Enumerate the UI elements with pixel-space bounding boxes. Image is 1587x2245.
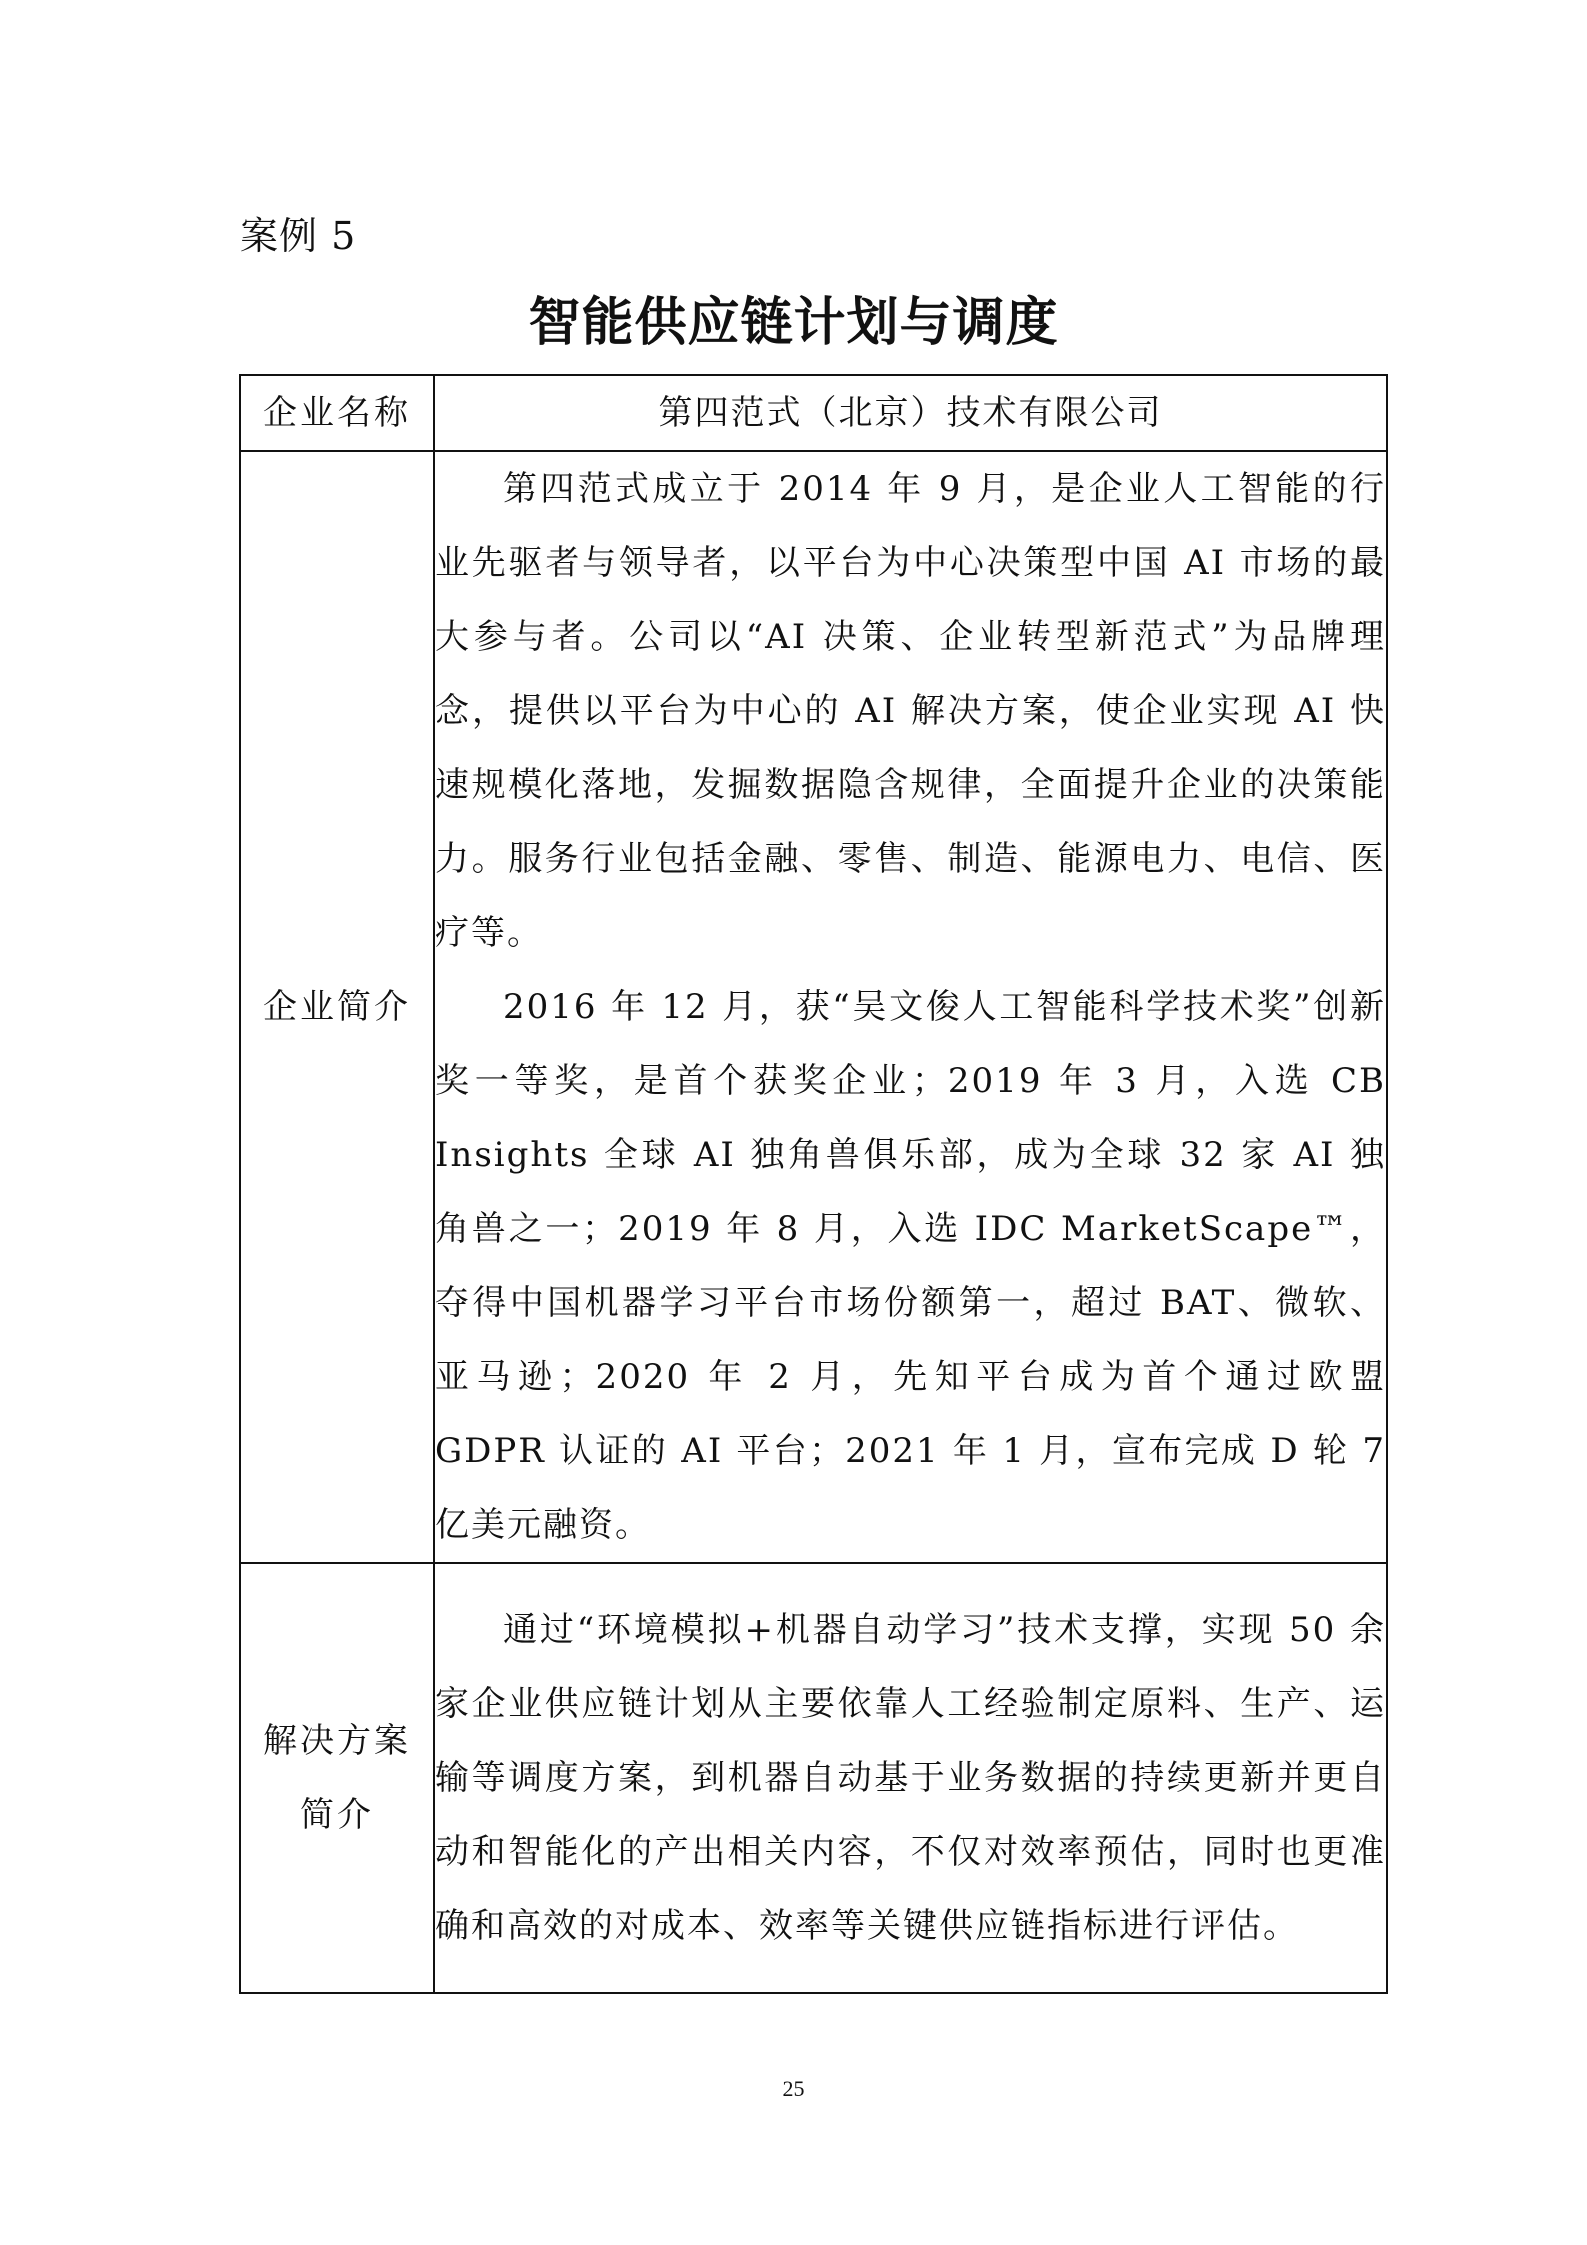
company-name-label: 企业名称 xyxy=(240,375,434,451)
company-intro-label: 企业简介 xyxy=(240,451,434,1563)
solution-intro-paragraph: 通过“环境模拟+机器自动学习”技术支撑，实现 50 余家企业供应链计划从主要依靠… xyxy=(435,1593,1386,1963)
case-label: 案例 5 xyxy=(240,208,356,264)
table-row-company-name: 企业名称 第四范式（北京）技术有限公司 xyxy=(240,375,1387,451)
table-row-solution-intro: 解决方案 简介 通过“环境模拟+机器自动学习”技术支撑，实现 50 余家企业供应… xyxy=(240,1563,1387,1993)
page-title: 智能供应链计划与调度 xyxy=(0,288,1587,358)
solution-intro-label: 解决方案 简介 xyxy=(240,1563,434,1993)
solution-intro-label-line: 解决方案 xyxy=(241,1704,433,1778)
company-intro-content: 第四范式成立于 2014 年 9 月，是企业人工智能的行业先驱者与领导者，以平台… xyxy=(434,451,1387,1563)
case-info-table: 企业名称 第四范式（北京）技术有限公司 企业简介 第四范式成立于 2014 年 … xyxy=(239,374,1388,1994)
page-number: 25 xyxy=(0,2076,1587,2102)
solution-intro-content: 通过“环境模拟+机器自动学习”技术支撑，实现 50 余家企业供应链计划从主要依靠… xyxy=(434,1563,1387,1993)
company-intro-paragraph: 第四范式成立于 2014 年 9 月，是企业人工智能的行业先驱者与领导者，以平台… xyxy=(435,452,1386,970)
table-row-company-intro: 企业简介 第四范式成立于 2014 年 9 月，是企业人工智能的行业先驱者与领导… xyxy=(240,451,1387,1563)
company-name-value: 第四范式（北京）技术有限公司 xyxy=(434,375,1387,451)
company-intro-paragraph: 2016 年 12 月，获“吴文俊人工智能科学技术奖”创新奖一等奖，是首个获奖企… xyxy=(435,970,1386,1562)
solution-intro-label-line: 简介 xyxy=(241,1778,433,1852)
